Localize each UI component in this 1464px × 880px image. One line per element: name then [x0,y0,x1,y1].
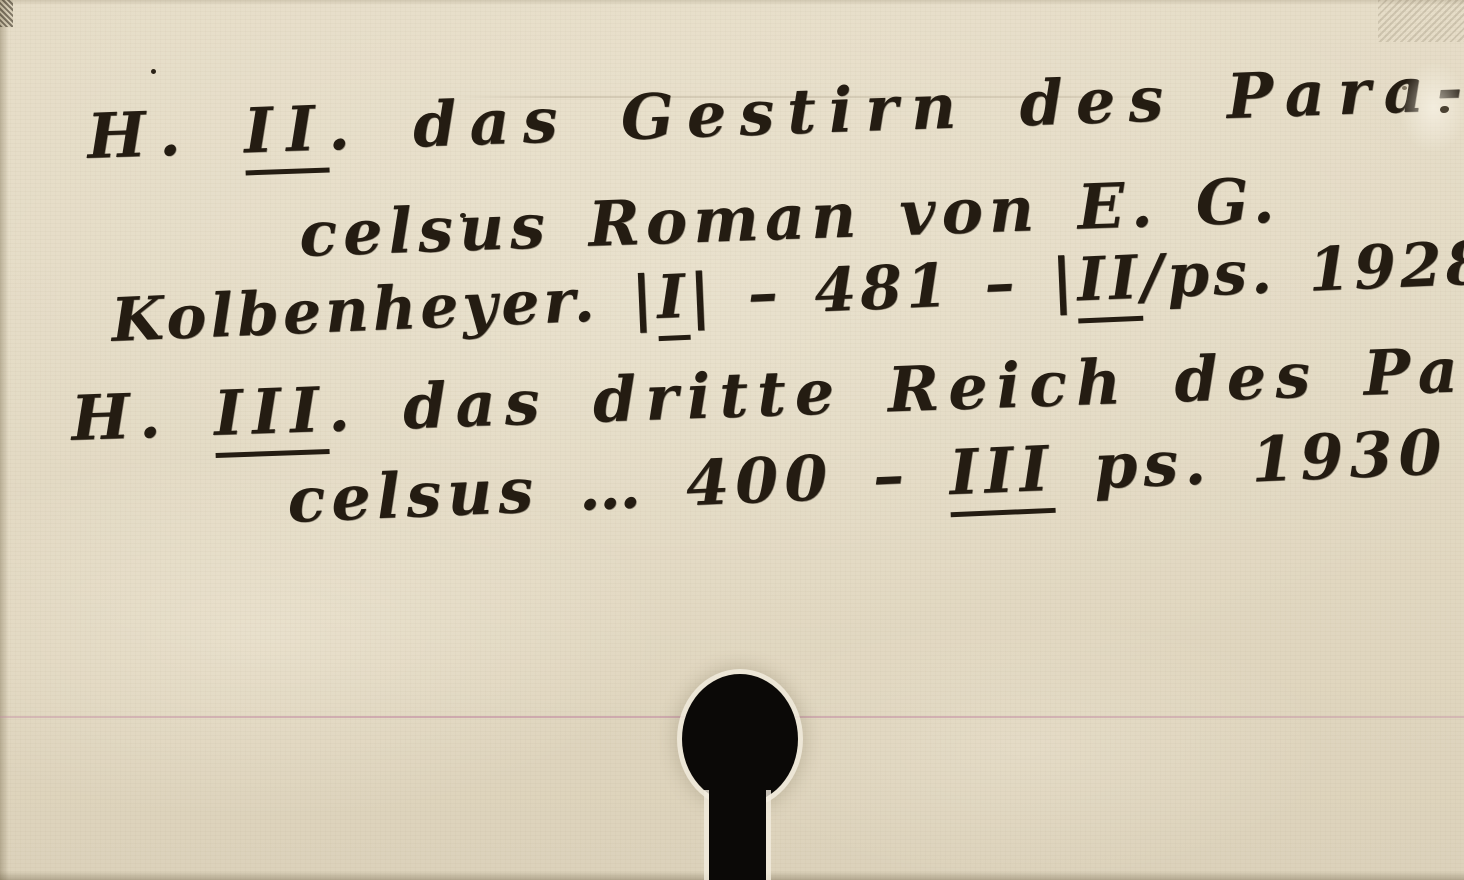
line5-text-rest: ps. 1930 [1053,415,1449,504]
line3-roman-numeral-II-underlined: II [1076,243,1143,324]
line3-text-rest: /ps. 1928 [1140,228,1464,313]
line1-text: H. [86,95,245,173]
line3-text-mid: | – 481 – | [688,246,1079,332]
line5-text: celsus … 400 – [286,436,951,537]
punch-hole-circle [682,674,798,804]
line4-roman-numeral-underlined: III [213,373,330,458]
catalog-card: H. II. das Gestirn des Para- celsus Roma… [0,0,1464,880]
top-left-smudge-stain [0,0,13,27]
top-right-texture-stain [1378,0,1464,42]
line3-text: Kolbenheyer. | [110,263,658,356]
handwritten-line-1: H. II. das Gestirn des Para- [86,52,1464,173]
card-left-edge-shading [0,0,9,880]
ink-dot [151,69,156,74]
card-top-edge-shading [0,0,1464,5]
punch-hole-stem [709,790,766,880]
line3-roman-numeral-I-underlined: I [655,262,690,341]
small-speck [1402,86,1407,90]
line1-roman-numeral-underlined: II [243,92,330,176]
line4-text: H. [70,377,215,455]
line1-text-rest: . das Gestirn des Para- [327,52,1464,165]
line5-roman-numeral-underlined: III [948,432,1056,517]
right-edge-abrasion [1388,58,1464,168]
ink-dot-small [460,213,466,218]
